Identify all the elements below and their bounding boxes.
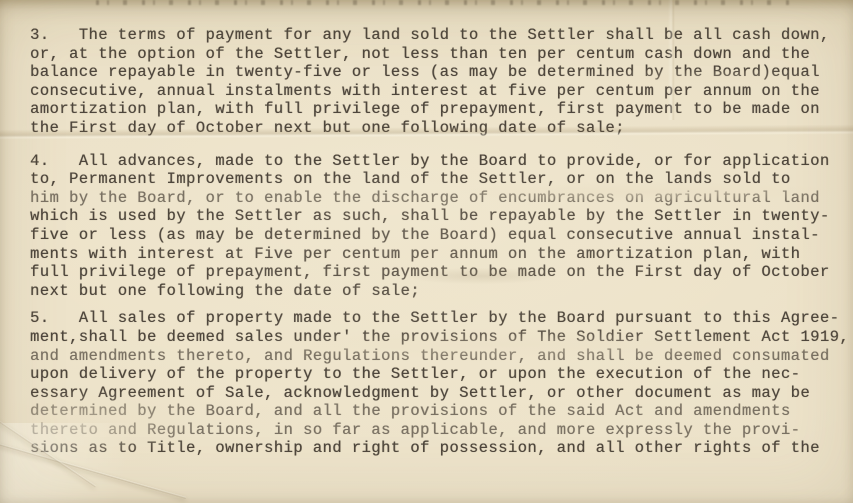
document-content: 3. The terms of payment for any land sol…: [30, 26, 846, 458]
text-line: consecutive, annual instalments with int…: [30, 82, 846, 101]
text-line: him by the Board, or to enable the disch…: [30, 189, 846, 208]
text-line: ments with interest at Five per centum p…: [30, 245, 846, 264]
text-line: and amendments thereto, and Regulations …: [30, 347, 846, 366]
text-line: thereto and Regulations, in so far as ap…: [30, 421, 846, 440]
text-line: upon delivery of the property to the Set…: [30, 365, 846, 384]
text-line: next but one following the date of sale;: [30, 282, 846, 301]
text-line: amortization plan, with full privilege o…: [30, 100, 846, 119]
text-line: the First day of October next but one fo…: [30, 119, 846, 138]
text-line: balance repayable in twenty-five or less…: [30, 63, 846, 82]
text-line: determined by the Board, and all the pro…: [30, 402, 846, 421]
text-line: or, at the option of the Settler, not le…: [30, 45, 846, 64]
text-line: ment,shall be deemed sales under' the pr…: [30, 328, 846, 347]
paragraph-clause-5: 5. All sales of property made to the Set…: [30, 309, 846, 458]
text-line: 4. All advances, made to the Settler by …: [30, 152, 846, 171]
paragraph-clause-3: 3. The terms of payment for any land sol…: [30, 26, 846, 138]
cropped-text-remnant: [96, 0, 796, 5]
text-line: sions as to Title, ownership and right o…: [30, 439, 846, 458]
text-line: five or less (as may be determined by th…: [30, 226, 846, 245]
text-line: which is used by the Settler as such, sh…: [30, 207, 846, 226]
text-line: 3. The terms of payment for any land sol…: [30, 26, 846, 45]
text-line: to, Permanent Improvements on the land o…: [30, 170, 846, 189]
scanned-document-page: 3. The terms of payment for any land sol…: [0, 0, 853, 503]
text-line: essary Agreement of Sale, acknowledgment…: [30, 384, 846, 403]
paragraph-clause-4: 4. All advances, made to the Settler by …: [30, 152, 846, 301]
text-line: full privilege of prepayment, first paym…: [30, 263, 846, 282]
text-line: 5. All sales of property made to the Set…: [30, 309, 846, 328]
